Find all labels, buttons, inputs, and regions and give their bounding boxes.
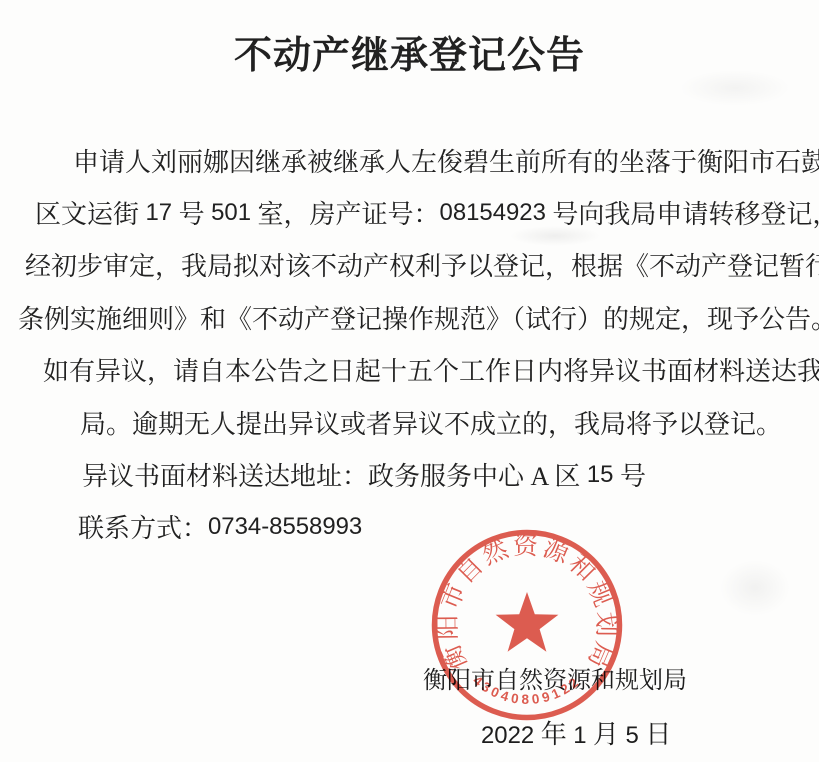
body-line: 申请人刘丽娜因继承被继承人左俊碧生前所有的坐落于衡阳市石鼓 [0,134,819,186]
document-body: 申请人刘丽娜因继承被继承人左俊碧生前所有的坐落于衡阳市石鼓 区文运街 17 号 … [0,134,819,553]
body-line: 经初步审定，我局拟对该不动产权利予以登记，根据《不动产登记暂行 [0,239,819,291]
document-title: 不动产继承登记公告 [0,24,819,79]
body-line: 联系方式：0734-8558993 [0,501,819,553]
body-line: 异议书面材料送达地址：政务服务中心 A 区 15 号 [0,448,819,500]
body-line: 局。逾期无人提出异议或者异议不成立的，我局将予以登记。 [0,396,819,448]
scan-smudge [720,560,790,616]
seal-code: 43040809122 [470,673,584,707]
document-page: 不动产继承登记公告 申请人刘丽娜因继承被继承人左俊碧生前所有的坐落于衡阳市石鼓 … [0,0,819,762]
seal-star-icon [496,592,559,652]
body-line: 如有异议，请自本公告之日起十五个工作日内将异议书面材料送达我 [0,344,819,396]
body-line: 区文运街 17 号 501 室，房产证号：08154923 号向我局申请转移登记… [0,186,819,238]
body-line: 条例实施细则》和《不动产登记操作规范》（试行）的规定，现予公告。 [0,291,819,343]
official-seal: 衡阳市自然资源和规划局 43040809122 [427,525,627,725]
